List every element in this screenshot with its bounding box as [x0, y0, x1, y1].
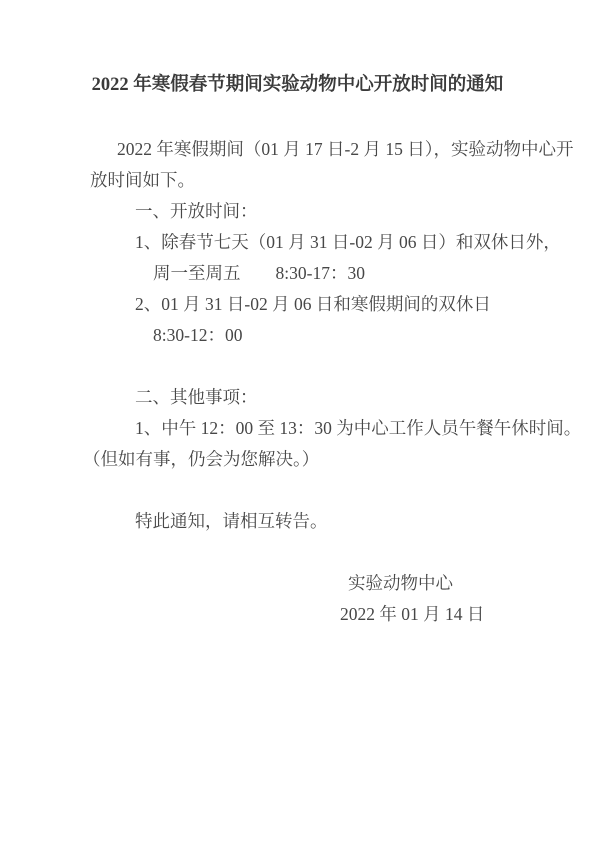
section-2-note-1-line-1: 1、中午 12：00 至 13：30 为中心工作人员午餐午休时间。: [0, 413, 595, 444]
section-1-item-1-line-2: 周一至周五 8:30-17：30: [0, 258, 595, 289]
document-body: 2022 年寒假期间（01 月 17 日-2 月 15 日），实验动物中心开 放…: [0, 134, 595, 630]
signature-date: 2022 年 01 月 14 日: [0, 599, 595, 630]
intro-paragraph-line-2: 放时间如下。: [0, 165, 595, 196]
blank-line: [0, 475, 595, 506]
intro-paragraph-line-1: 2022 年寒假期间（01 月 17 日-2 月 15 日），实验动物中心开: [0, 134, 595, 165]
closing-line: 特此通知，请相互转告。: [0, 506, 595, 537]
section-2-note-1-line-2: （但如有事，仍会为您解决。）: [0, 444, 595, 475]
blank-line: [0, 537, 595, 568]
section-1-item-2-line-2: 8:30-12：00: [0, 320, 595, 351]
section-1-item-1-line-1: 1、除春节七天（01 月 31 日-02 月 06 日）和双休日外，: [0, 227, 595, 258]
document-title: 2022 年寒假春节期间实验动物中心开放时间的通知: [0, 73, 595, 97]
section-1-heading: 一、开放时间：: [0, 196, 595, 227]
document-page: 2022 年寒假春节期间实验动物中心开放时间的通知 2022 年寒假期间（01 …: [0, 0, 595, 841]
signature-organization: 实验动物中心: [0, 568, 595, 599]
section-2-heading: 二、其他事项：: [0, 382, 595, 413]
section-1-item-2-line-1: 2、01 月 31 日-02 月 06 日和寒假期间的双休日: [0, 289, 595, 320]
blank-line: [0, 351, 595, 382]
